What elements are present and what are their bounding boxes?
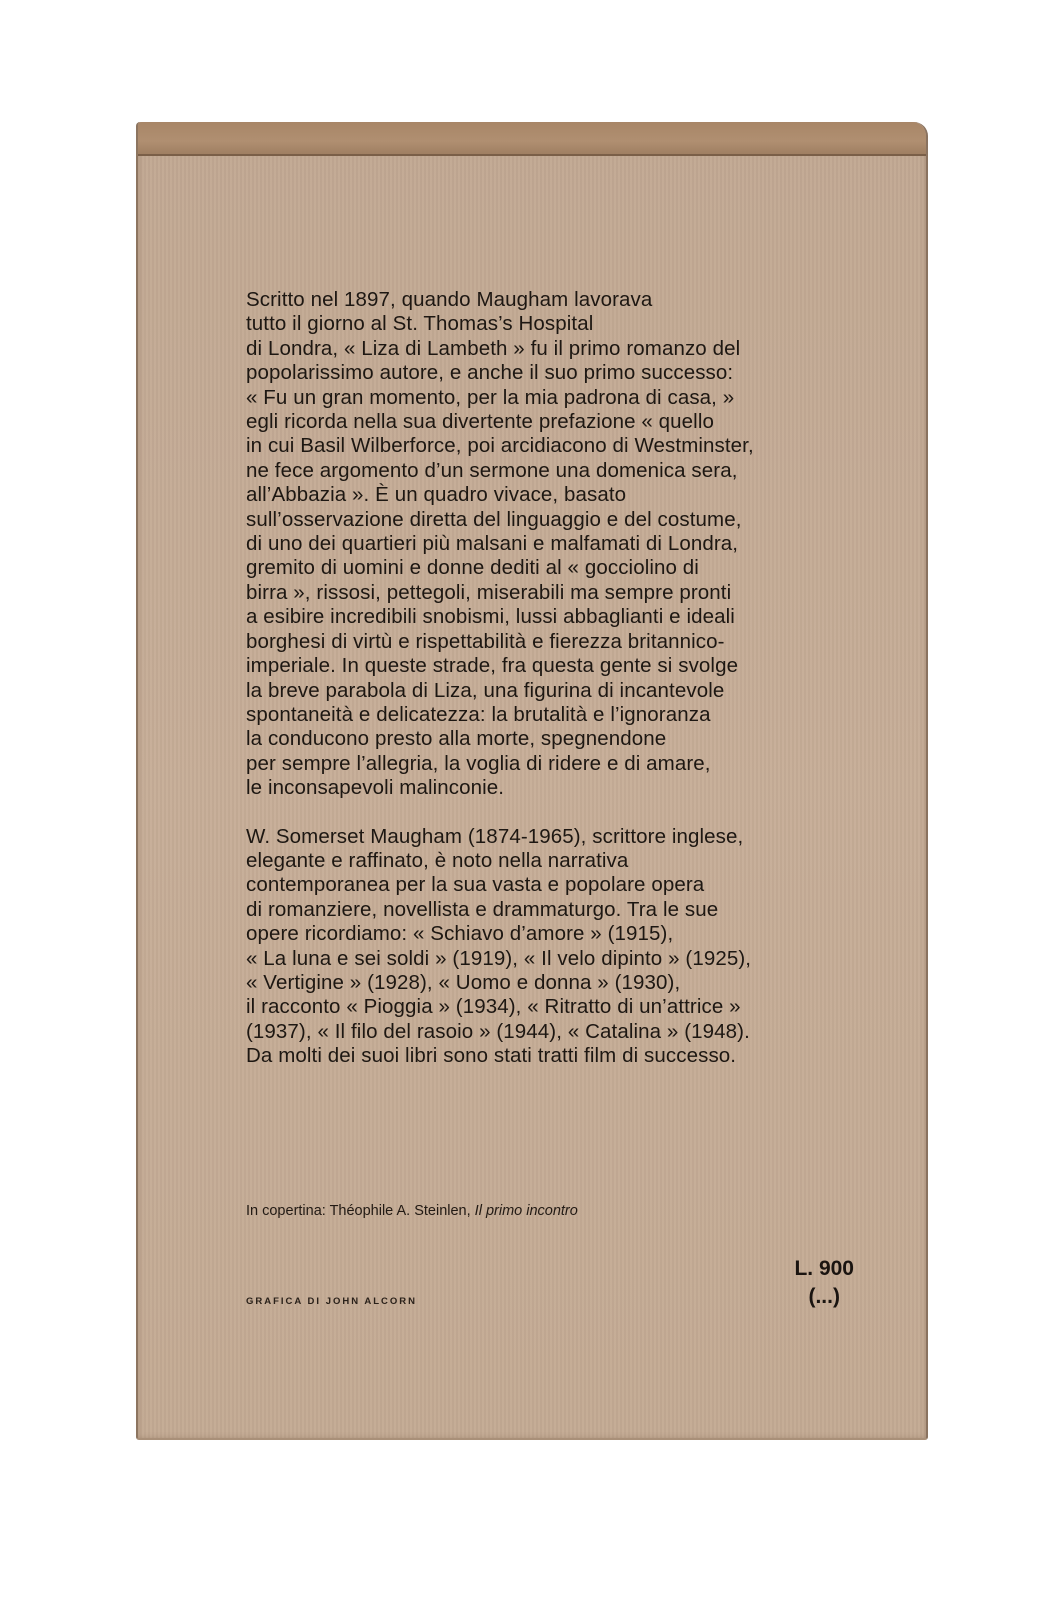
bio-line: W. Somerset Maugham (1874-1965), scritto… — [246, 825, 886, 849]
price-block: L. 900 (...) — [794, 1255, 854, 1311]
author-bio-paragraph: W. Somerset Maugham (1874-1965), scritto… — [246, 825, 886, 1069]
blurb-line: all’Abbazia ». È un quadro vivace, basat… — [246, 483, 886, 507]
bio-line: Da molti dei suoi libri sono stati tratt… — [246, 1044, 886, 1068]
bio-line: elegante e raffinato, è noto nella narra… — [246, 849, 886, 873]
blurb-line: spontaneità e delicatezza: la brutalità … — [246, 703, 886, 727]
bio-line: contemporanea per la sua vasta e popolar… — [246, 873, 886, 897]
blurb-line: la breve parabola di Liza, una figurina … — [246, 679, 886, 703]
book-top-edge — [138, 122, 926, 156]
blurb-line: di uno dei quartieri più malsani e malfa… — [246, 532, 886, 556]
blurb-line: birra », rissosi, pettegoli, miserabili … — [246, 581, 886, 605]
blurb-line: a esibire incredibili snobismi, lussi ab… — [246, 605, 886, 629]
blurb-line: la conducono presto alla morte, spegnend… — [246, 727, 886, 751]
cover-artwork-title: Il primo incontro — [475, 1203, 578, 1219]
bio-line: di romanziere, novellista e drammaturgo.… — [246, 898, 886, 922]
blurb-paragraph: Scritto nel 1897, quando Maugham lavorav… — [246, 288, 886, 801]
blurb-line: gremito di uomini e donne dediti al « go… — [246, 556, 886, 580]
blurb-line: ne fece argomento d’un sermone una domen… — [246, 459, 886, 483]
blurb-line: Scritto nel 1897, quando Maugham lavorav… — [246, 288, 886, 312]
blurb-line: egli ricorda nella sua divertente prefaz… — [246, 410, 886, 434]
cover-art-credit: In copertina: Théophile A. Steinlen, Il … — [246, 1203, 578, 1219]
blurb-line: borghesi di virtù e rispettabilità e fie… — [246, 630, 886, 654]
blurb-line: per sempre l’allegria, la voglia di ride… — [246, 752, 886, 776]
blurb-text-block: Scritto nel 1897, quando Maugham lavorav… — [246, 288, 886, 1069]
blurb-line: in cui Basil Wilberforce, poi arcidiacon… — [246, 434, 886, 458]
blurb-line: tutto il giorno al St. Thomas’s Hospital — [246, 312, 886, 336]
price-label: L. 900 — [794, 1255, 854, 1283]
blurb-line: « Fu un gran momento, per la mia padrona… — [246, 386, 886, 410]
bio-line: (1937), « Il filo del rasoio » (1944), «… — [246, 1020, 886, 1044]
blurb-line: le inconsapevoli malinconie. — [246, 776, 886, 800]
blurb-line: imperiale. In queste strade, fra questa … — [246, 654, 886, 678]
blurb-line: di Londra, « Liza di Lambeth » fu il pri… — [246, 337, 886, 361]
bio-line: il racconto « Pioggia » (1934), « Ritrat… — [246, 995, 886, 1019]
bio-line: « La luna e sei soldi » (1919), « Il vel… — [246, 947, 886, 971]
design-credit: GRAFICA DI JOHN ALCORN — [246, 1296, 417, 1307]
blurb-line: sull’osservazione diretta del linguaggio… — [246, 508, 886, 532]
bio-line: « Vertigine » (1928), « Uomo e donna » (… — [246, 971, 886, 995]
blurb-line: popolarissimo autore, e anche il suo pri… — [246, 361, 886, 385]
cover-credit-prefix: In copertina: Théophile A. Steinlen, — [246, 1203, 475, 1219]
price-note: (...) — [794, 1283, 854, 1311]
book-back-cover: Scritto nel 1897, quando Maugham lavorav… — [136, 122, 928, 1440]
bio-line: opere ricordiamo: « Schiavo d’amore » (1… — [246, 922, 886, 946]
